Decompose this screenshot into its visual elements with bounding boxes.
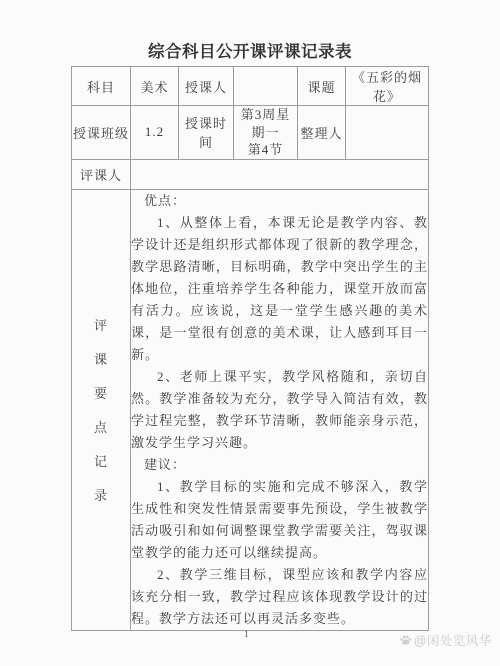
organizer-label: 整理人	[298, 106, 346, 160]
paw-icon	[399, 634, 412, 647]
notes-label-char: 课	[94, 349, 108, 368]
advantage-paragraph-1: 1、从整体上看，本课无论是教学内容、教学设计还是组织形式都体现了很新的教学理念，…	[131, 212, 428, 366]
topic-value: 《五彩的烟花》	[346, 67, 429, 106]
time-value: 第3周星期一 第4节	[234, 106, 298, 160]
table-row: 评 课 要 点 记 录 优点： 1、从整体上看，本课无论是教学内容、教学设计还是…	[72, 189, 429, 630]
notes-label-char: 点	[94, 417, 108, 436]
evaluation-form-table: 科目 美术 授课人 课题 《五彩的烟花》 授课班级 1.2 授课时间 第3周星期…	[71, 66, 429, 631]
notes-label-char: 录	[94, 485, 108, 504]
page-number: 1	[244, 630, 249, 640]
class-value: 1.2	[131, 106, 179, 160]
table-row: 科目 美术 授课人 课题 《五彩的烟花》	[72, 67, 429, 106]
watermark-text: @闲处览风华	[414, 631, 492, 649]
notes-label-char: 要	[94, 383, 108, 402]
subject-value: 美术	[131, 67, 179, 106]
suggestion-paragraph-1: 1、教学目标的实施和完成不够深入，教学生成性和突发性情景需要事先预设，学生被教学…	[131, 476, 428, 564]
instructor-value	[234, 67, 298, 106]
table-row: 授课班级 1.2 授课时间 第3周星期一 第4节 整理人	[72, 106, 429, 160]
advantages-heading: 优点：	[131, 190, 428, 212]
watermark: @闲处览风华	[399, 631, 492, 649]
advantage-paragraph-2: 2、老师上课平实，教学风格随和，亲切自然。教学准备较为充分，教学导入简洁有效，教…	[131, 366, 428, 454]
notes-content: 优点： 1、从整体上看，本课无论是教学内容、教学设计还是组织形式都体现了很新的教…	[131, 189, 429, 630]
time-value-line1: 第3周星期一	[234, 106, 297, 141]
subject-label: 科目	[72, 67, 131, 106]
suggestion-paragraph-2: 2、教学三维目标，课型应该和教学内容应该充分相一致，教学过程应该体现教学设计的过…	[131, 564, 428, 630]
organizer-value	[346, 106, 429, 160]
reviewer-label: 评课人	[72, 159, 131, 189]
time-label: 授课时间	[179, 106, 234, 160]
notes-label-char: 评	[94, 315, 108, 334]
suggestions-heading: 建议：	[131, 454, 428, 476]
notes-label-vertical: 评 课 要 点 记 录	[72, 315, 130, 504]
document-page: 综合科目公开课评课记录表 科目 美术 授课人 课题 《五彩的烟花》 授课班级 1…	[0, 0, 500, 666]
reviewer-value	[131, 159, 429, 189]
table-row: 评课人	[72, 159, 429, 189]
topic-label: 课题	[298, 67, 346, 106]
time-value-line2: 第4节	[234, 141, 297, 159]
instructor-label: 授课人	[179, 67, 234, 106]
notes-label-char: 记	[94, 451, 108, 470]
page-title: 综合科目公开课评课记录表	[0, 38, 500, 62]
class-label: 授课班级	[72, 106, 131, 160]
notes-label: 评 课 要 点 记 录	[72, 189, 131, 630]
